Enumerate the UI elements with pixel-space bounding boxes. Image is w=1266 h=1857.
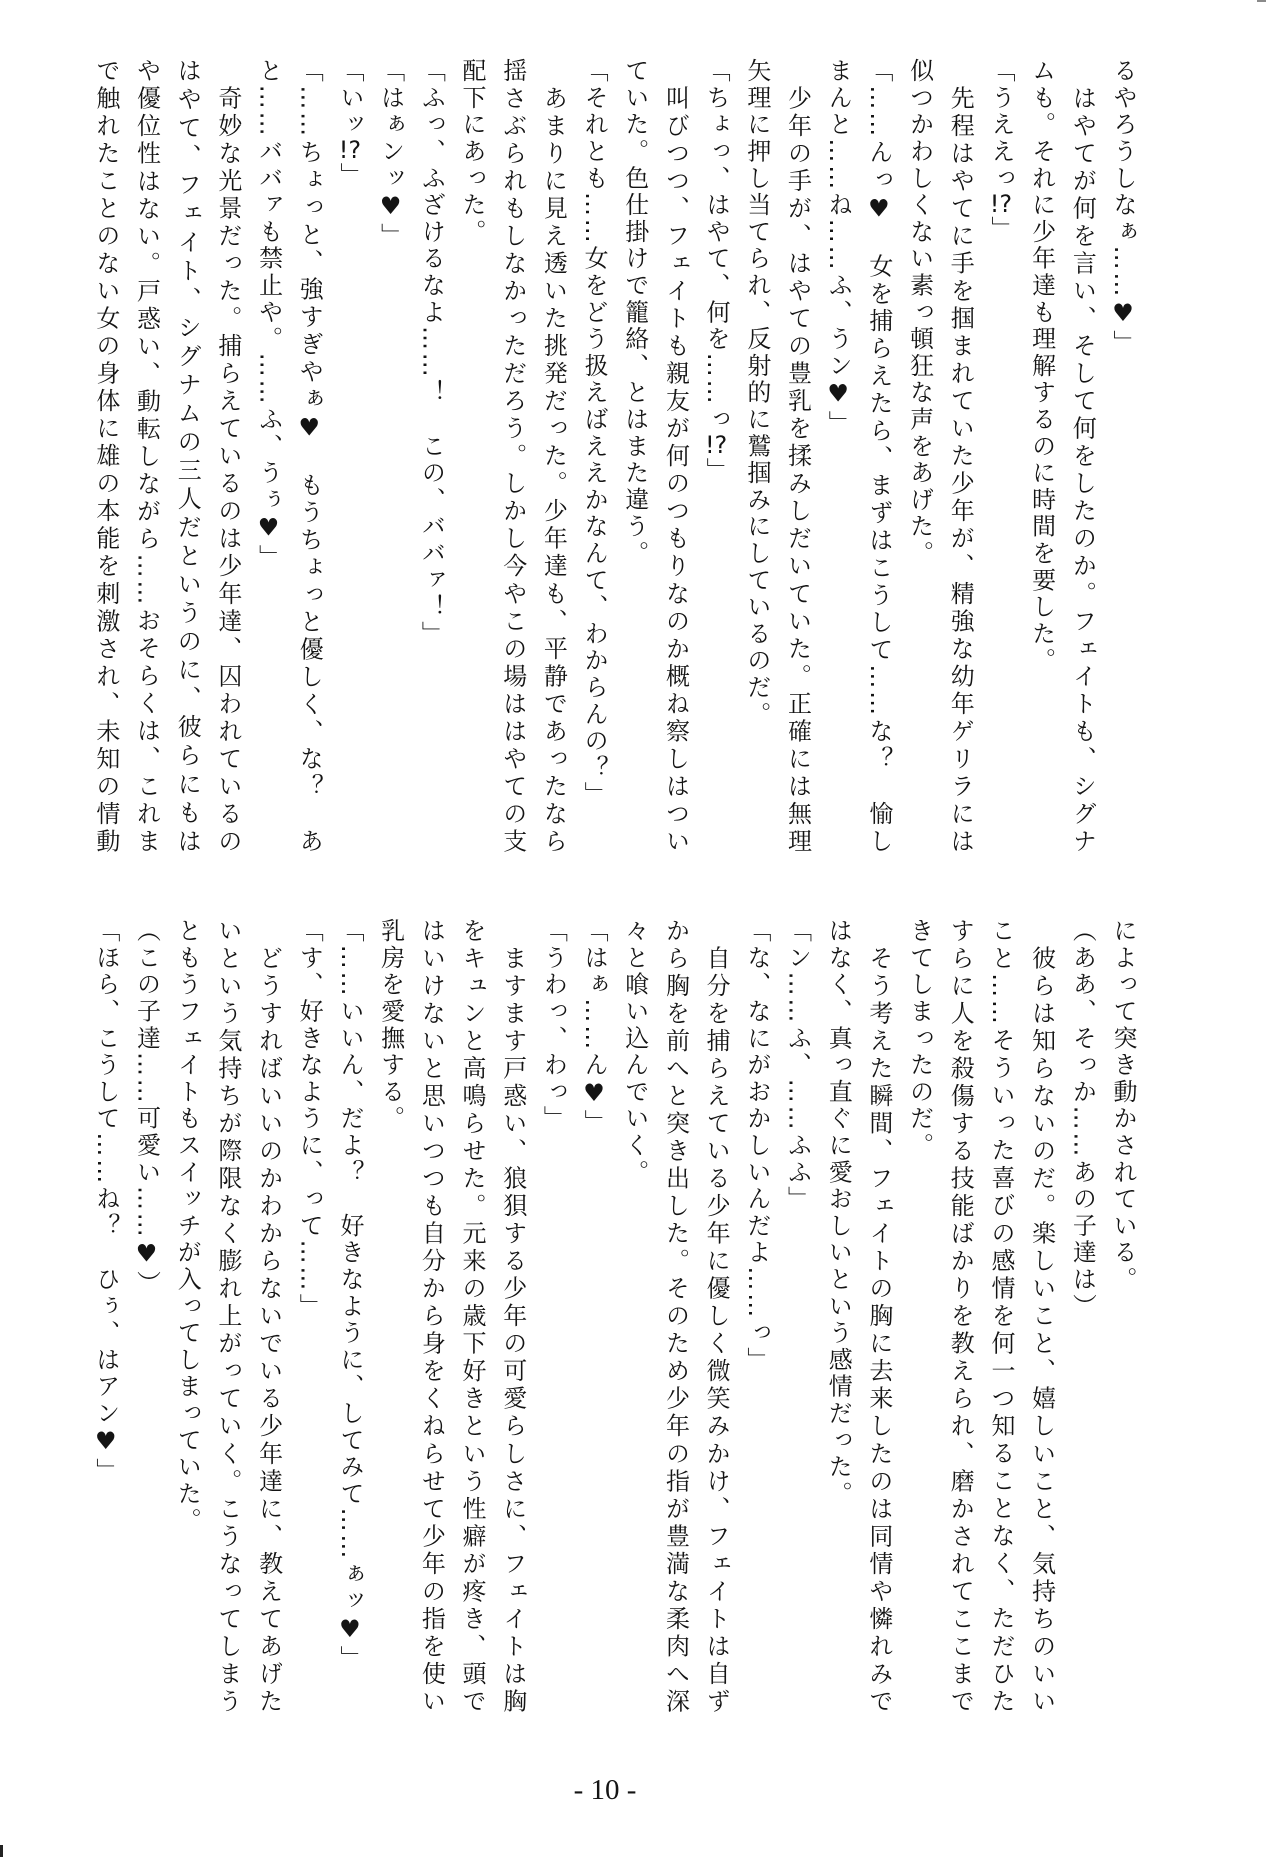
text-block-top: るやろうしなぁ……♥」 はやてが何を言い、そして何をしたのか。フェイトも、シグナ… — [85, 58, 1143, 858]
text-column: 々と喰い込んでいく。 — [614, 918, 655, 1715]
text-column: 奇妙な光景だった。捕らえているのは少年達、囚われているの — [207, 58, 248, 855]
text-column: 乳房を愛撫する。 — [370, 918, 411, 1715]
text-column: 自分を捕らえている少年に優しく微笑みかけ、フェイトは自ず — [695, 918, 736, 1715]
text-column: 「ほら、こうして……ね？ ひぅ、はアン♥」 — [85, 918, 126, 1715]
text-column: こと……そういった喜びの感情を何一つ知ることなく、ただひた — [980, 918, 1021, 1715]
document-page: るやろうしなぁ……♥」 はやてが何を言い、そして何をしたのか。フェイトも、シグナ… — [0, 0, 1266, 1857]
text-column: 「いッ!?」 — [329, 58, 370, 855]
text-column: （ああ、そっか……あの子達は） — [1062, 918, 1103, 1715]
page-number: - 10 - — [505, 1776, 705, 1805]
text-column: 揺さぶられもしなかっただろう。しかし今やこの場ははやての支 — [492, 58, 533, 855]
text-column: まんと……ね……ふ、うン♥」 — [818, 58, 859, 855]
text-column: 彼らは知らないのだ。楽しいこと、嬉しいこと、気持ちのいい — [1021, 918, 1062, 1715]
text-column: ていた。色仕掛けで籠絡、とはまた違う。 — [614, 58, 655, 855]
text-column: 「はぁンッ♥」 — [370, 58, 411, 855]
text-column: いという気持ちが際限なく膨れ上がっていく。こうなってしまう — [207, 918, 248, 1715]
text-column: 「な、なにがおかしいんだよ……っ」 — [736, 918, 777, 1715]
text-column: をキュンと高鳴らせた。元来の歳下好きという性癖が疼き、頭で — [451, 918, 492, 1715]
text-column: や優位性はない。戸惑い、動転しながら……おそらくは、これま — [126, 58, 167, 855]
text-block-bottom: によって突き動かされている。 （ああ、そっか……あの子達は） 彼らは知らないのだ… — [85, 918, 1143, 1718]
text-column: （この子達……可愛い……♥） — [126, 918, 167, 1715]
text-column: はやて、フェイト、シグナムの三人だというのに、彼らにもは — [167, 58, 208, 855]
text-column: 「それとも……女をどう扱えばええかなんて、わからんの？」 — [573, 58, 614, 855]
text-column: ムも。それに少年達も理解するのに時間を要した。 — [1021, 58, 1062, 855]
text-column: はなく、真っ直ぐに愛おしいという感情だった。 — [818, 918, 859, 1715]
text-column: 「うわっ、わっ」 — [533, 918, 574, 1715]
text-column: ますます戸惑い、狼狽する少年の可愛らしさに、フェイトは胸 — [492, 918, 533, 1715]
text-column: 「うええっ!?」 — [980, 58, 1021, 855]
text-column: 少年の手が、はやての豊乳を揉みしだいていた。正確には無理 — [777, 58, 818, 855]
text-column: によって突き動かされている。 — [1102, 918, 1143, 1715]
text-column: 「ン……ふ、……ふふ」 — [777, 918, 818, 1715]
scan-mark — [0, 1845, 3, 1857]
text-column: 「……んっ♥ 女を捕らえたら、まずはこうして……な？ 愉し — [858, 58, 899, 855]
text-column: 矢理に押し当てられ、反射的に鷲掴みにしているのだ。 — [736, 58, 777, 855]
text-column: はやてが何を言い、そして何をしたのか。フェイトも、シグナ — [1062, 58, 1103, 855]
text-column: はいけないと思いつつも自分から身をくねらせて少年の指を使い — [411, 918, 452, 1715]
text-column: 「ちょっ、はやて、何を……っ!?」 — [695, 58, 736, 855]
text-column: きてしまったのだ。 — [899, 918, 940, 1715]
scan-mark — [1257, 0, 1266, 2]
text-column: と……ババァも禁止や。……ふ、うぅ♥」 — [248, 58, 289, 855]
text-column: 「す、好きなように、って……」 — [289, 918, 330, 1715]
text-column: 「……ちょっと、強すぎやぁ♥ もうちょっと優しく、な？ あ — [289, 58, 330, 855]
text-column: 叫びつつ、フェイトも親友が何のつもりなのか概ね察しはつい — [655, 58, 696, 855]
text-column: どうすればいいのかわからないでいる少年達に、教えてあげた — [248, 918, 289, 1715]
text-column: 「はぁ……ん♥」 — [573, 918, 614, 1715]
text-column: 「ふっ、ふざけるなよ……！ この、ババァ！」 — [411, 58, 452, 855]
text-column: 配下にあった。 — [451, 58, 492, 855]
text-column: るやろうしなぁ……♥」 — [1102, 58, 1143, 855]
text-column: すらに人を殺傷する技能ばかりを教えられ、磨かされてここまで — [940, 918, 981, 1715]
text-column: 先程はやてに手を掴まれていた少年が、精強な幼年ゲリラには — [940, 58, 981, 855]
text-column: そう考えた瞬間、フェイトの胸に去来したのは同情や憐れみで — [858, 918, 899, 1715]
text-column: ともうフェイトもスイッチが入ってしまっていた。 — [167, 918, 208, 1715]
text-column: 似つかわしくない素っ頓狂な声をあげた。 — [899, 58, 940, 855]
text-column: で触れたことのない女の身体に雄の本能を刺激され、未知の情動 — [85, 58, 126, 855]
text-column: から胸を前へと突き出した。そのため少年の指が豊満な柔肉へ深 — [655, 918, 696, 1715]
text-column: あまりに見え透いた挑発だった。少年達も、平静であったなら — [533, 58, 574, 855]
text-column: 「……いいん、だよ？ 好きなように、してみて……ぁッ♥」 — [329, 918, 370, 1715]
